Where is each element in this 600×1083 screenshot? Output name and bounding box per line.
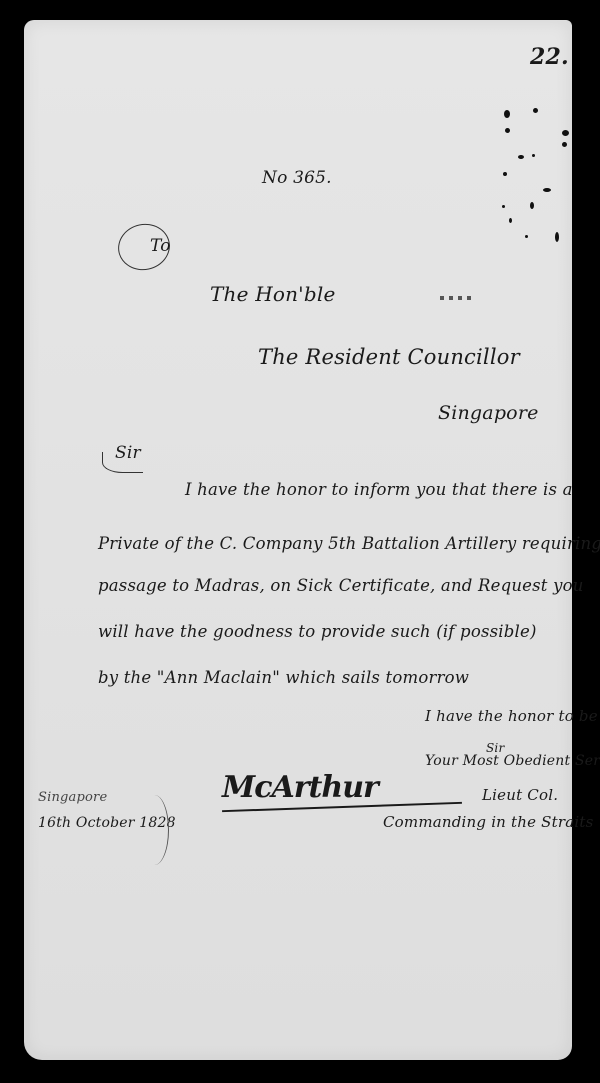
ink-marks: [500, 110, 560, 280]
closing-line-3: Your Most Obedient Servant: [425, 753, 600, 769]
closing-line-1: I have the honor to be: [425, 707, 598, 725]
date-flourish: [140, 795, 169, 865]
place: Singapore: [38, 790, 107, 805]
signature: McArthur: [222, 770, 378, 805]
body-line-2: Private of the C. Company 5th Battalion …: [98, 534, 600, 553]
signer-command: Commanding in the Straits: [383, 813, 594, 831]
body-line-5: by the "Ann Maclain" which sails tomorro…: [98, 668, 469, 687]
ink-smudge: [440, 296, 476, 300]
body-line-1: I have the honor to inform you that ther…: [185, 480, 573, 499]
addressee-line-2: The Resident Councillor: [258, 345, 520, 369]
salutation-to: To: [150, 236, 171, 256]
addressee-line-3: Singapore: [438, 402, 539, 424]
addressee-line-1: The Hon'ble: [210, 282, 336, 306]
body-line-4: will have the goodness to provide such (…: [98, 622, 537, 641]
document-number: No 365.: [262, 168, 332, 188]
body-line-3: passage to Madras, on Sick Certificate, …: [98, 576, 584, 595]
page-number: 22.: [530, 44, 569, 70]
signer-rank: Lieut Col.: [482, 786, 558, 804]
scanned-document: 22. No 365. To The Hon'ble The Resident …: [0, 0, 600, 1083]
greeting: Sir: [115, 443, 141, 463]
